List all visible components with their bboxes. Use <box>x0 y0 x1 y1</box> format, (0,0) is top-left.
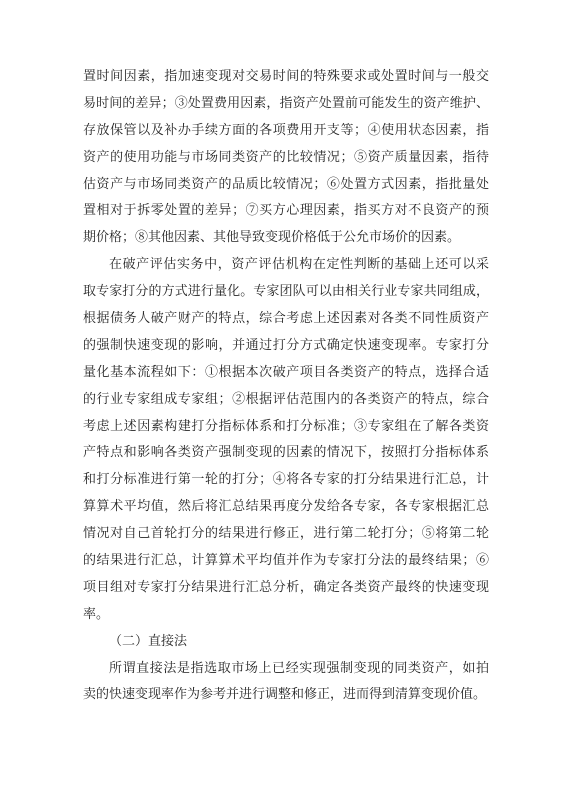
text-line: 产特点和影响各类资产强制变现的因素的情况下，按照打分指标体系 <box>83 439 489 466</box>
text-line: 卖的快速变现率作为参考并进行调整和修正，进而得到清算变现价值。 <box>83 681 489 708</box>
text-line: 置时间因素，指加速变现对交易时间的特殊要求或处置时间与一般交 <box>83 63 489 90</box>
text-line: 率。 <box>83 601 489 628</box>
text-line: 考虑上述因素构建打分指标体系和打分标准；③专家组在了解各类资 <box>83 413 489 440</box>
text-line: 存放保管以及补办手续方面的各项费用开支等；④使用状态因素，指 <box>83 117 489 144</box>
text-line: 项目组对专家打分结果进行汇总分析，确定各类资产最终的快速变现 <box>83 574 489 601</box>
text-line: 情况对自己首轮打分的结果进行修正，进行第二轮打分；⑤将第二轮 <box>83 520 489 547</box>
text-line: 估资产与市场同类资产的品质比较情况；⑥处置方式因素，指批量处 <box>83 171 489 198</box>
text-line: 的行业专家组成专家组；②根据评估范围内的各类资产的特点，综合 <box>83 386 489 413</box>
text-line: 在破产评估实务中，资产评估机构在定性判断的基础上还可以采 <box>83 251 489 278</box>
document-body: 置时间因素，指加速变现对交易时间的特殊要求或处置时间与一般交易时间的差异；③处置… <box>83 63 489 708</box>
text-line: （二）直接法 <box>83 628 489 655</box>
text-line: 量化基本流程如下：①根据本次破产项目各类资产的特点，选择合适 <box>83 359 489 386</box>
text-line: 算算术平均值，然后将汇总结果再度分发给各专家，各专家根据汇总 <box>83 493 489 520</box>
text-line: 期价格；⑧其他因素、其他导致变现价格低于公允市场价的因素。 <box>83 224 489 251</box>
text-line: 根据债务人破产财产的特点，综合考虑上述因素对各类不同性质资产 <box>83 305 489 332</box>
text-line: 置相对于拆零处置的差异；⑦买方心理因素，指买方对不良资产的预 <box>83 197 489 224</box>
document-page: 置时间因素，指加速变现对交易时间的特殊要求或处置时间与一般交易时间的差异；③处置… <box>0 0 565 800</box>
text-line: 资产的使用功能与市场同类资产的比较情况；⑤资产质量因素，指待 <box>83 144 489 171</box>
text-line: 所谓直接法是指选取市场上已经实现强制变现的同类资产，如拍 <box>83 655 489 682</box>
text-line: 易时间的差异；③处置费用因素，指资产处置前可能发生的资产维护、 <box>83 90 489 117</box>
text-line: 取专家打分的方式进行量化。专家团队可以由相关行业专家共同组成， <box>83 278 489 305</box>
text-line: 的结果进行汇总，计算算术平均值并作为专家打分法的最终结果；⑥ <box>83 547 489 574</box>
text-line: 的强制快速变现的影响，并通过打分方式确定快速变现率。专家打分 <box>83 332 489 359</box>
text-line: 和打分标准进行第一轮的打分；④将各专家的打分结果进行汇总，计 <box>83 466 489 493</box>
